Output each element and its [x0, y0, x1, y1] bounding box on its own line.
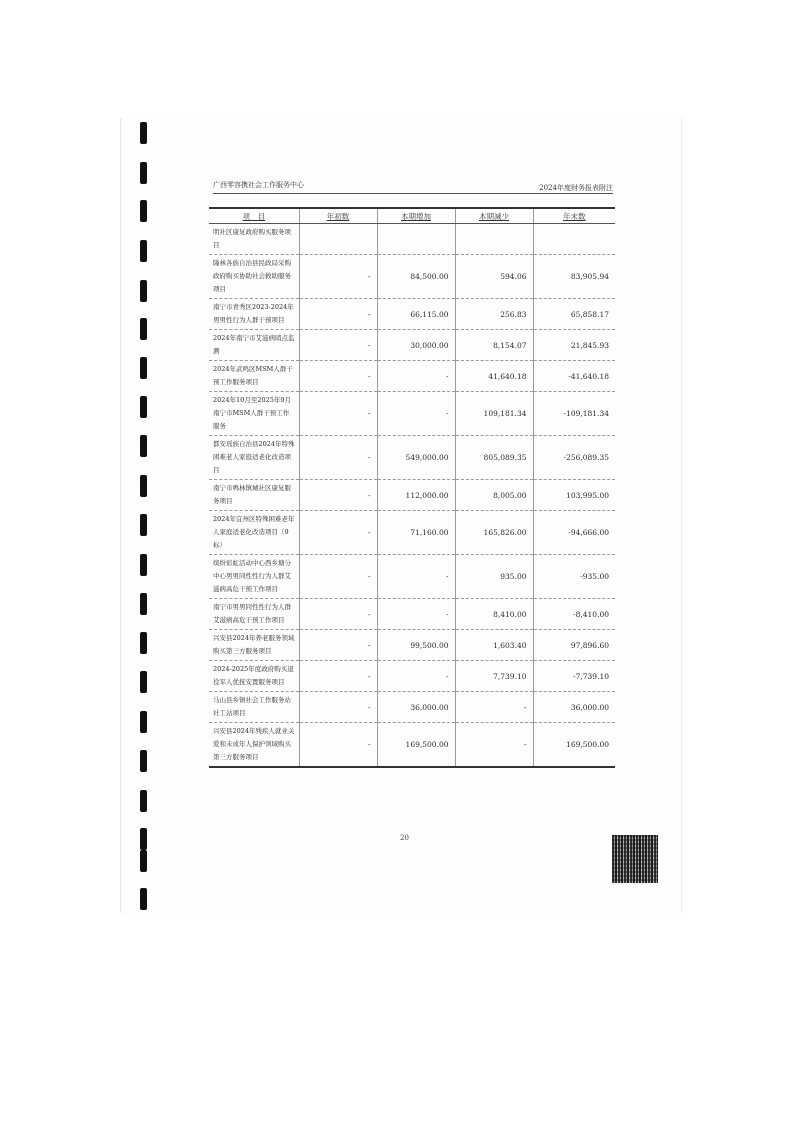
- cell-opening: -: [299, 723, 377, 768]
- cell-opening: -: [299, 555, 377, 599]
- cell-item: 2024年南宁市艾滋病哨点监测: [209, 330, 299, 361]
- cell-closing: -7,739.10: [533, 661, 615, 692]
- binding-mark: [140, 593, 147, 615]
- cell-decrease: 1,603.40: [455, 630, 533, 661]
- cell-opening: [299, 224, 377, 255]
- column-header-decrease: 本期减少: [455, 208, 533, 224]
- cell-item: 南宁市鸭林镇城社区康复服务项目: [209, 480, 299, 511]
- column-header-closing: 年末数: [533, 208, 615, 224]
- cell-opening: -: [299, 330, 377, 361]
- binding-mark: [140, 122, 147, 144]
- binding-mark: [140, 790, 147, 812]
- table-row: 南宁市鸭林镇城社区康复服务项目-112,000.008,005.00103,99…: [209, 480, 615, 511]
- cell-item: 2024年宜州区特殊困难老年人家庭适老化改造项目（9标）: [209, 511, 299, 555]
- cell-opening: -: [299, 599, 377, 630]
- binding-mark: [140, 435, 147, 457]
- cell-decrease: [455, 224, 533, 255]
- binding-mark: [140, 396, 147, 418]
- cell-closing: -935.00: [533, 555, 615, 599]
- table-row: 都安瑶族自治县2024年特殊困难老人家庭适老化改造项目-549,000.0080…: [209, 436, 615, 480]
- table-row: 南宁市男男同性性行为人群艾滋病高危干预工作项目--8,410.00-8,410.…: [209, 599, 615, 630]
- binding-mark: [140, 357, 147, 379]
- table-row: 兴安县2024年养老服务领域购买第三方服务项目-99,500.001,603.4…: [209, 630, 615, 661]
- cell-decrease: 7,739.10: [455, 661, 533, 692]
- cell-closing: 169,500.00: [533, 723, 615, 768]
- cell-decrease: 256.83: [455, 299, 533, 330]
- organization-name: 广西零容携社会工作服务中心: [213, 180, 304, 190]
- cell-increase: 549,000.00: [377, 436, 455, 480]
- cell-closing: -94,666.00: [533, 511, 615, 555]
- cell-item: 兴安县2024年残疾人就业关爱和未成年人保护领域购买第三方服务项目: [209, 723, 299, 768]
- financial-table: 项 目 年初数 本期增加 本期减少 年末数 明社区康复政府购买服务项目隆林各族自…: [209, 207, 615, 768]
- cell-increase: 66,115.00: [377, 299, 455, 330]
- cell-closing: 65,858.17: [533, 299, 615, 330]
- cell-decrease: -: [455, 692, 533, 723]
- cell-closing: -256,089.35: [533, 436, 615, 480]
- binding-mark: [140, 162, 147, 184]
- cell-closing: 97,896.60: [533, 630, 615, 661]
- cell-increase: -: [377, 661, 455, 692]
- cell-item: 都安瑶族自治县2024年特殊困难老人家庭适老化改造项目: [209, 436, 299, 480]
- cell-opening: -: [299, 480, 377, 511]
- cell-increase: -: [377, 392, 455, 436]
- column-header-item: 项 目: [209, 208, 299, 224]
- binding-mark: [140, 711, 147, 733]
- cell-opening: -: [299, 299, 377, 330]
- cell-closing: -109,181.34: [533, 392, 615, 436]
- cell-item: 南宁市青秀区2023-2024年男男性行为人群干预项目: [209, 299, 299, 330]
- table-header-row: 项 目 年初数 本期增加 本期减少 年末数: [209, 208, 615, 224]
- binding-mark: [140, 554, 147, 576]
- cell-item: 缤纷彩虹活动中心西乡塘分中心男男同性性行为人群艾滋病高危干预工作项目: [209, 555, 299, 599]
- binding-mark: [140, 240, 147, 262]
- report-title: 2024年度财务报表附注: [539, 183, 613, 193]
- cell-item: 明社区康复政府购买服务项目: [209, 224, 299, 255]
- cell-decrease: 8,005.00: [455, 480, 533, 511]
- binding-mark: [140, 200, 147, 222]
- cell-closing: 21,845.93: [533, 330, 615, 361]
- cell-closing: [533, 224, 615, 255]
- binding-mark: [140, 671, 147, 693]
- cell-closing: -41,640.18: [533, 361, 615, 392]
- table-row: 马山县乡镇社会工作服务站社工站项目-36,000.00-36,000.00: [209, 692, 615, 723]
- cell-decrease: 8,154.07: [455, 330, 533, 361]
- cell-decrease: 109,181.34: [455, 392, 533, 436]
- table-row: 明社区康复政府购买服务项目: [209, 224, 615, 255]
- cell-decrease: 935.00: [455, 555, 533, 599]
- cell-decrease: 594.06: [455, 255, 533, 299]
- cell-opening: -: [299, 255, 377, 299]
- cell-decrease: 41,640.18: [455, 361, 533, 392]
- cell-increase: 84,500.00: [377, 255, 455, 299]
- qr-code: [612, 835, 658, 883]
- cell-increase: 71,160.00: [377, 511, 455, 555]
- cell-item: 南宁市男男同性性行为人群艾滋病高危干预工作项目: [209, 599, 299, 630]
- cell-opening: -: [299, 361, 377, 392]
- page-number: 20: [400, 834, 409, 842]
- cell-increase: -: [377, 361, 455, 392]
- table-row: 2024年宜州区特殊困难老年人家庭适老化改造项目（9标）-71,160.0016…: [209, 511, 615, 555]
- cell-increase: -: [377, 555, 455, 599]
- cell-decrease: 805,089.35: [455, 436, 533, 480]
- cell-item: 2024年10月至2025年9月南宁市MSM人群干预工作服务: [209, 392, 299, 436]
- binding-mark: [140, 318, 147, 340]
- cell-increase: 112,000.00: [377, 480, 455, 511]
- table-row: 2024年武鸣区MSM人群干预工作服务项目--41,640.18-41,640.…: [209, 361, 615, 392]
- column-header-increase: 本期增加: [377, 208, 455, 224]
- cell-opening: -: [299, 692, 377, 723]
- cell-decrease: 8,410.00: [455, 599, 533, 630]
- cell-item: 2024年武鸣区MSM人群干预工作服务项目: [209, 361, 299, 392]
- cell-increase: 30,000.00: [377, 330, 455, 361]
- table-row: 南宁市青秀区2023-2024年男男性行为人群干预项目-66,115.00256…: [209, 299, 615, 330]
- cell-increase: 36,000.00: [377, 692, 455, 723]
- cell-increase: -: [377, 599, 455, 630]
- binding-mark: [140, 750, 147, 772]
- cell-item: 马山县乡镇社会工作服务站社工站项目: [209, 692, 299, 723]
- cell-increase: 169,500.00: [377, 723, 455, 768]
- table-row: 2024年10月至2025年9月南宁市MSM人群干预工作服务--109,181.…: [209, 392, 615, 436]
- table-row: 2024年南宁市艾滋病哨点监测-30,000.008,154.0721,845.…: [209, 330, 615, 361]
- table-row: 缤纷彩虹活动中心西乡塘分中心男男同性性行为人群艾滋病高危干预工作项目--935.…: [209, 555, 615, 599]
- binding-mark: [140, 850, 147, 872]
- cell-closing: 83,905.94: [533, 255, 615, 299]
- binding-mark: [140, 475, 147, 497]
- cell-opening: -: [299, 511, 377, 555]
- header-divider: [213, 193, 613, 194]
- cell-opening: -: [299, 392, 377, 436]
- binding-mark: [140, 888, 147, 910]
- binding-mark: [140, 514, 147, 536]
- cell-item: 隆林各族自治县民政局采购政府购买协助社会救助服务项目: [209, 255, 299, 299]
- table-row: 2024-2025年度政府购买退役军人优抚安置服务项目--7,739.10-7,…: [209, 661, 615, 692]
- binding-mark: [140, 280, 147, 302]
- cell-opening: -: [299, 436, 377, 480]
- binding-mark: [140, 632, 147, 654]
- cell-item: 兴安县2024年养老服务领域购买第三方服务项目: [209, 630, 299, 661]
- cell-closing: -8,410.00: [533, 599, 615, 630]
- cell-decrease: 165,826.00: [455, 511, 533, 555]
- cell-decrease: -: [455, 723, 533, 768]
- binding-mark: [140, 828, 147, 850]
- column-header-opening: 年初数: [299, 208, 377, 224]
- table-row: 兴安县2024年残疾人就业关爱和未成年人保护领域购买第三方服务项目-169,50…: [209, 723, 615, 768]
- cell-increase: 99,500.00: [377, 630, 455, 661]
- cell-increase: [377, 224, 455, 255]
- cell-item: 2024-2025年度政府购买退役军人优抚安置服务项目: [209, 661, 299, 692]
- cell-opening: -: [299, 630, 377, 661]
- table-row: 隆林各族自治县民政局采购政府购买协助社会救助服务项目-84,500.00594.…: [209, 255, 615, 299]
- cell-opening: -: [299, 661, 377, 692]
- cell-closing: 103,995.00: [533, 480, 615, 511]
- cell-closing: 36,000.00: [533, 692, 615, 723]
